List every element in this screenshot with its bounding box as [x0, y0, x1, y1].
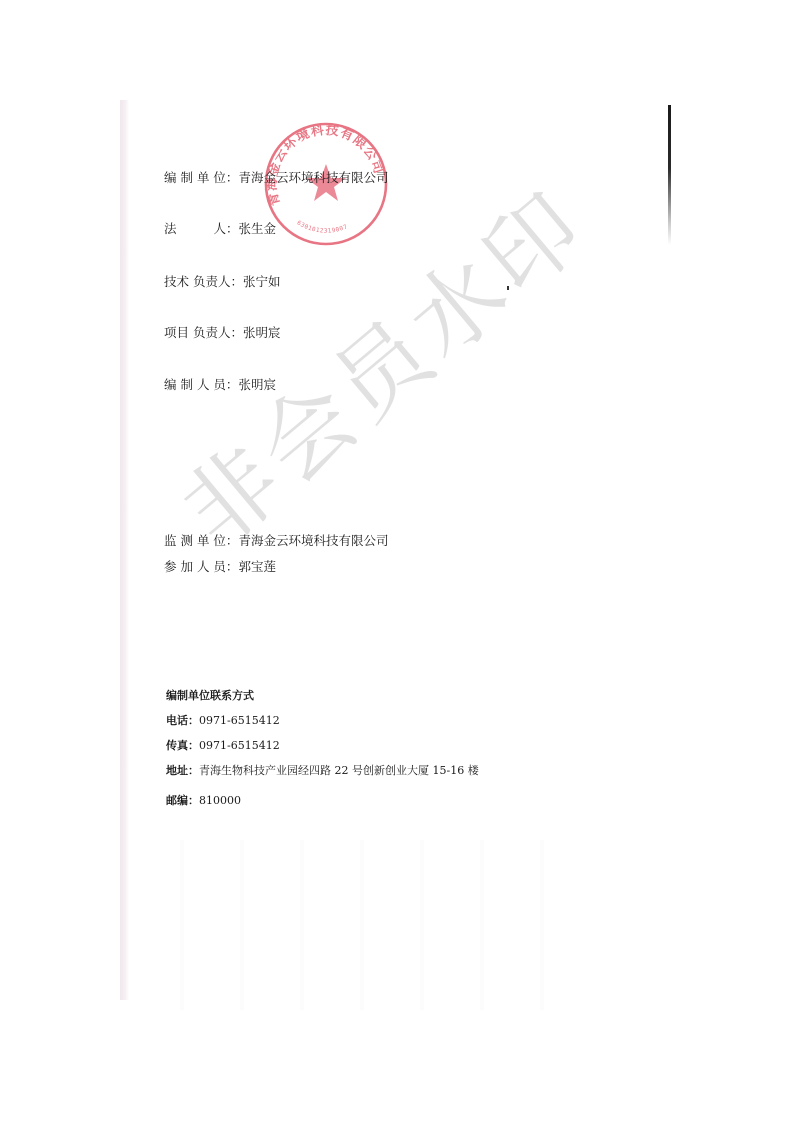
scan-edge-right	[668, 105, 671, 245]
field-label: 项目 负责人	[164, 325, 230, 341]
svg-text:青海金云环境科技有限公司: 青海金云环境科技有限公司	[264, 122, 387, 208]
field-separator: ：	[226, 533, 239, 549]
contact-value: 青海生物科技产业园经四路 22 号创新创业大厦 15-16 楼	[199, 764, 479, 777]
field-value: 郭宝莲	[238, 559, 276, 574]
contact-fax: 传真：0971-6515412	[166, 739, 280, 753]
field-label: 监 测 单 位	[164, 533, 226, 549]
bleed-through-artifact	[150, 840, 590, 1010]
field-label: 编 制 人 员	[164, 377, 226, 393]
field-value: 张宁如	[243, 274, 281, 289]
contact-label: 地址	[166, 764, 188, 777]
seal-arc-text: 青海金云环境科技有限公司	[264, 122, 387, 208]
contact-postcode: 邮编：810000	[166, 794, 241, 808]
contact-separator: ：	[188, 714, 199, 727]
field-label: 法人	[164, 221, 226, 237]
field-label: 编 制 单 位	[164, 170, 226, 186]
field-compiler: 编 制 人 员：张明宸	[164, 377, 276, 393]
field-value: 张明宸	[238, 377, 276, 392]
field-separator: ：	[230, 325, 243, 341]
field-compiler-unit: 编 制 单 位：青海金云环境科技有限公司	[164, 170, 388, 186]
scan-speck	[507, 286, 509, 290]
field-participants: 参 加 人 员：郭宝莲	[164, 559, 276, 575]
contact-separator: ：	[188, 794, 199, 807]
field-legal-rep: 法人：张生金	[164, 221, 276, 237]
field-separator: ：	[226, 377, 239, 393]
field-project-lead: 项目 负责人：张明宸	[164, 325, 281, 341]
contact-value: 810000	[199, 794, 241, 807]
contact-label: 传真	[166, 739, 188, 752]
contact-separator: ：	[188, 739, 199, 752]
field-label: 参 加 人 员	[164, 559, 226, 575]
contact-address: 地址：青海生物科技产业园经四路 22 号创新创业大厦 15-16 楼	[166, 764, 479, 778]
contact-separator: ：	[188, 764, 199, 777]
contact-value: 0971-6515412	[199, 739, 280, 752]
field-separator: ：	[226, 221, 239, 237]
contact-phone: 电话：0971-6515412	[166, 714, 280, 728]
field-separator: ：	[226, 559, 239, 575]
scan-edge-left	[120, 100, 129, 1000]
field-label: 技术 负责人	[164, 274, 230, 290]
contact-value: 0971-6515412	[199, 714, 280, 727]
field-value: 青海金云环境科技有限公司	[238, 533, 388, 548]
seal-serial-text: 6301012319007	[296, 219, 349, 234]
svg-text:6301012319007: 6301012319007	[296, 219, 349, 234]
field-separator: ：	[226, 170, 239, 186]
field-value: 青海金云环境科技有限公司	[238, 170, 388, 185]
contact-label: 电话	[166, 714, 188, 727]
contact-title: 编制单位联系方式	[166, 689, 254, 703]
field-value: 张明宸	[243, 325, 281, 340]
field-value: 张生金	[239, 221, 277, 236]
field-monitor-unit: 监 测 单 位：青海金云环境科技有限公司	[164, 533, 388, 549]
contact-label: 邮编	[166, 794, 188, 807]
field-separator: ：	[230, 274, 243, 290]
field-tech-lead: 技术 负责人：张宁如	[164, 274, 281, 290]
document-page: 非会员水印 青海金云环境科技有限公司 6301012319007 编 制 单 位…	[0, 0, 793, 1122]
